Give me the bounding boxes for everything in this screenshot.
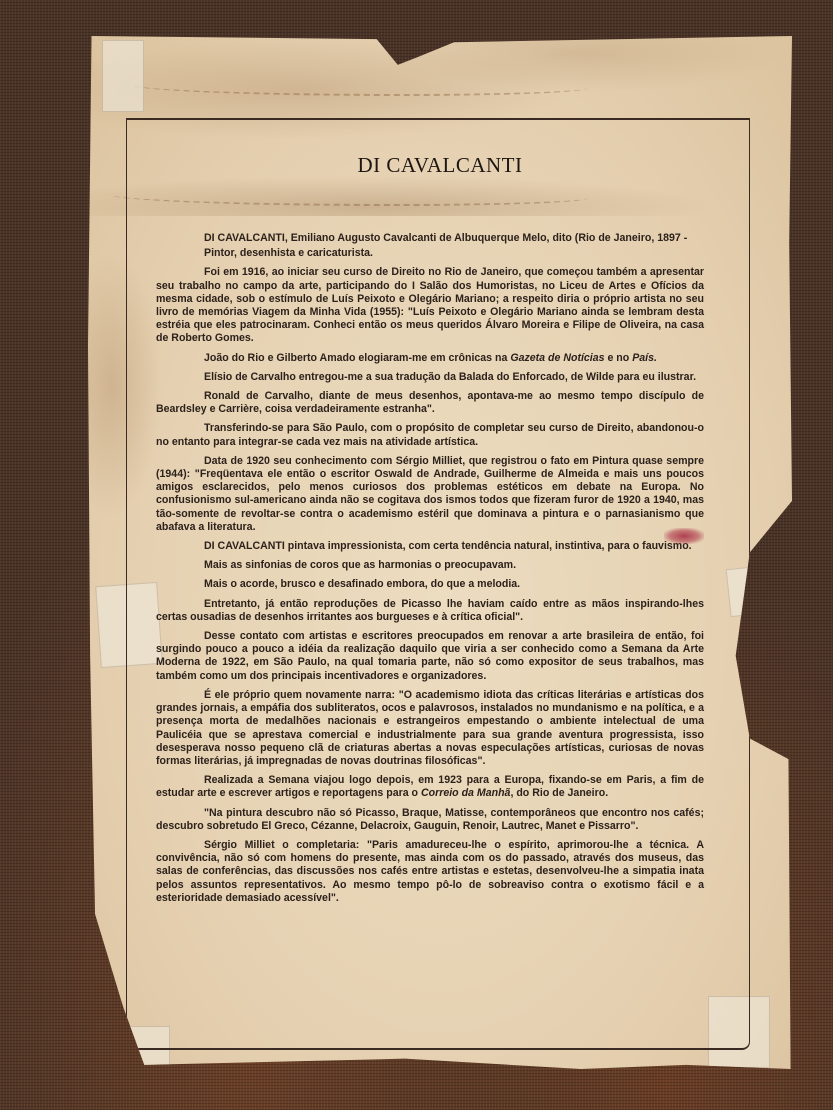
- paragraph: Sérgio Milliet o completaria: "Paris ama…: [156, 839, 704, 905]
- paragraph: Realizada a Semana viajou logo depois, e…: [156, 774, 704, 800]
- paragraph: Ronald de Carvalho, diante de meus desen…: [156, 390, 704, 416]
- paragraph: João do Rio e Gilberto Amado elogiaram-m…: [156, 352, 704, 365]
- newspaper-title: Gazeta de Notícias: [510, 352, 604, 364]
- paragraph: Elísio de Carvalho entregou-me a sua tra…: [156, 371, 704, 384]
- paragraph: Transferindo-se para São Paulo, com o pr…: [156, 422, 704, 448]
- newspaper-title: Correio da Manhã: [421, 787, 510, 799]
- paragraph: Entretanto, já então reproduções de Pica…: [156, 598, 704, 624]
- page-title: DI CAVALCANTI: [88, 153, 792, 178]
- tape-piece: [102, 40, 144, 112]
- red-stain-mark: [664, 528, 704, 544]
- paragraph: É ele próprio quem novamente narra: "O a…: [156, 689, 704, 768]
- text-span: e no: [605, 352, 633, 364]
- text-span: João do Rio e Gilberto Amado elogiaram-m…: [204, 352, 510, 364]
- article-body: DI CAVALCANTI, Emiliano Augusto Cavalcan…: [156, 232, 704, 911]
- text-span: , do Rio de Janeiro.: [510, 787, 608, 799]
- paragraph: DI CAVALCANTI pintava impressionista, co…: [156, 540, 704, 553]
- stain-edge: [128, 76, 588, 96]
- document-sheet: DI CAVALCANTI DI CAVALCANTI, Emiliano Au…: [88, 36, 792, 1069]
- paragraph: Foi em 1916, ao iniciar seu curso de Dir…: [156, 266, 704, 345]
- paragraph: Mais as sinfonias de coros que as harmon…: [156, 559, 704, 572]
- paragraph: Mais o acorde, brusco e desafinado embor…: [156, 578, 704, 591]
- newspaper-title: País.: [632, 352, 657, 364]
- paragraph: DI CAVALCANTI, Emiliano Augusto Cavalcan…: [156, 232, 704, 245]
- paragraph: Pintor, desenhista e caricaturista.: [156, 247, 704, 260]
- paragraph: Data de 1920 seu conhecimento com Sérgio…: [156, 455, 704, 534]
- paragraph: Desse contato com artistas e escritores …: [156, 630, 704, 683]
- paragraph: "Na pintura descubro não só Picasso, Bra…: [156, 807, 704, 833]
